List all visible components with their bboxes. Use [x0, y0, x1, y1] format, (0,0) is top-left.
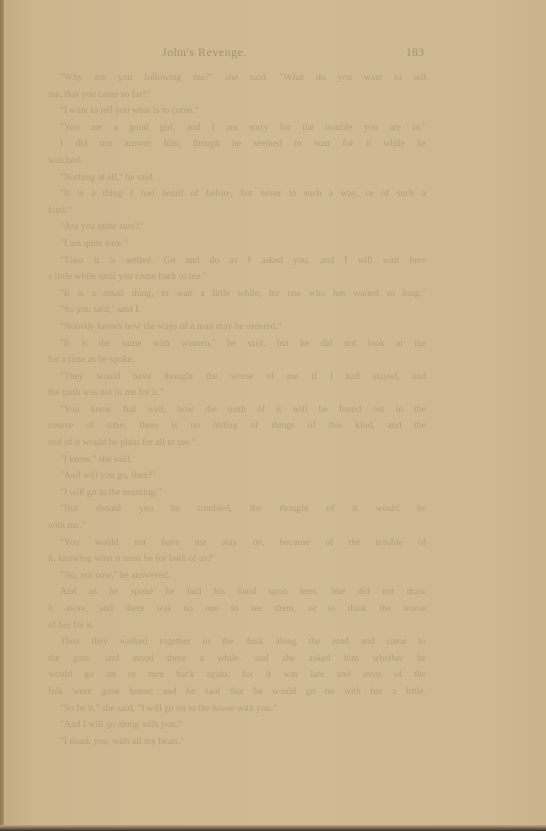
text-line: would go on or turn back again, for it w…: [48, 667, 426, 684]
text-line: Then they walked together in the dusk al…: [48, 634, 426, 651]
page-number: 183: [406, 45, 424, 60]
text-line: "It is a thing I had heard of before, bu…: [48, 186, 426, 203]
body-text: "Why are you following me?" she said. "W…: [48, 70, 426, 750]
text-line: a little while until you come back to me…: [48, 269, 426, 286]
page-header: John's Revenge. 183: [52, 45, 424, 61]
text-line: it, knowing what it must be for both of …: [48, 551, 426, 568]
text-line: for a time as he spoke.: [48, 352, 426, 369]
page-bottom-edge: [0, 825, 546, 831]
text-line: the truth was not in me for it.": [48, 385, 426, 402]
text-line: course of time; there is no hiding of th…: [48, 418, 426, 435]
text-line: "Are you quite sure?": [48, 219, 426, 236]
text-line: "I know," she said.: [48, 452, 426, 469]
text-line: with me.": [48, 518, 426, 535]
text-line: "No, not now," he answered.: [48, 568, 426, 585]
text-line: watched.: [48, 153, 426, 170]
text-line: kind.": [48, 203, 426, 220]
text-line: And as he spoke he laid his hand upon he…: [48, 584, 426, 601]
text-line: "And will you go, then?": [48, 468, 426, 485]
text-line: "You know full well, how the truth of it…: [48, 402, 426, 419]
text-line: "Then it is settled. Go and do as I aske…: [48, 253, 426, 270]
text-line: "Why are you following me?" she said. "W…: [48, 70, 426, 87]
text-line: "And I will go along with you.": [48, 717, 426, 734]
text-line: end of it would be plain for all to see.…: [48, 435, 426, 452]
text-line: the gate, and stood there a while, and s…: [48, 651, 426, 668]
text-line: "It is the same with women," he said, bu…: [48, 336, 426, 353]
text-line: "You would not have me stay on, because …: [48, 535, 426, 552]
text-line: it away, and there was no one to see the…: [48, 601, 426, 618]
text-line: folk were gone home; and he said that he…: [48, 684, 426, 701]
text-line: "Nobody knows how the ways of a man may …: [48, 319, 426, 336]
text-line: "You are a good girl, and I am sorry for…: [48, 120, 426, 137]
book-page: John's Revenge. 183 "Why are you followi…: [4, 0, 542, 826]
text-line: "They would have thought the worse of me…: [48, 369, 426, 386]
text-line: "It is a small thing, to wait a little w…: [48, 286, 426, 303]
text-line: "I thank you, with all my heart.": [48, 734, 426, 751]
text-line: "I am quite sure.": [48, 236, 426, 253]
text-line: "So be it," she said. "I will go on to t…: [48, 701, 426, 718]
text-line: "But should you be troubled, the thought…: [48, 501, 426, 518]
text-line: "I want to tell you what is to come.": [48, 103, 426, 120]
text-line: of her for it.: [48, 618, 426, 635]
text-line: "I will go in the morning.": [48, 485, 426, 502]
text-line: me, that you came so far?": [48, 87, 426, 104]
text-line: "So you said," said I.: [48, 302, 426, 319]
text-line: I did not answer him, though he seemed t…: [48, 136, 426, 153]
running-head: John's Revenge.: [162, 45, 247, 60]
text-line: "Nothing at all," he said.: [48, 170, 426, 187]
